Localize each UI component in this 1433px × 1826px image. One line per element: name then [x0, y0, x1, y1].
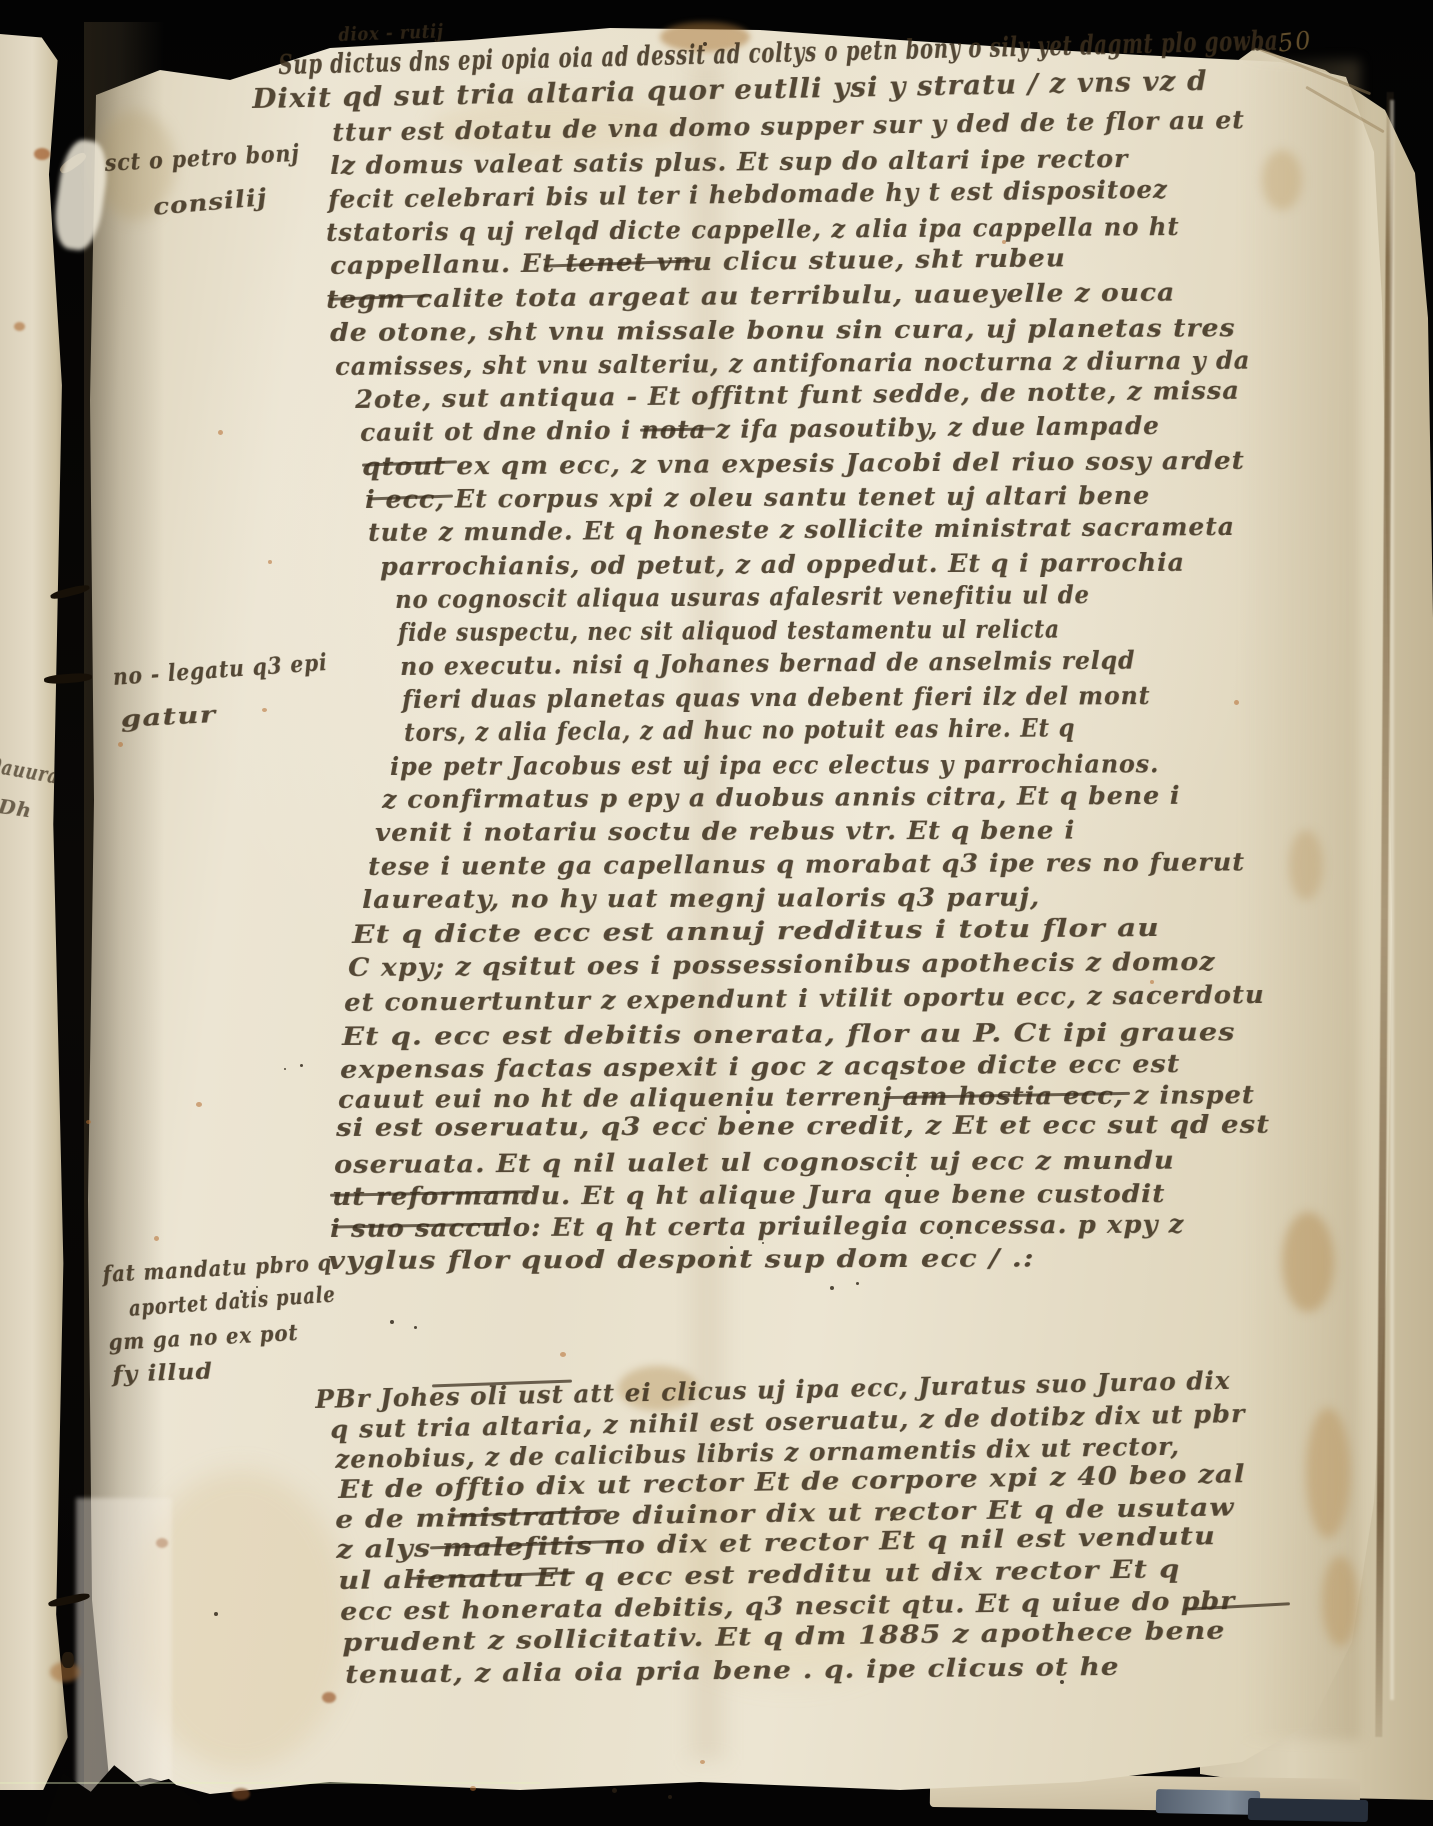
- body-paragraph-1-line-16: fide suspectu, nec sit aliquod testament…: [398, 615, 1060, 647]
- ink-speck: [856, 1282, 859, 1285]
- ink-speck: [830, 1286, 834, 1290]
- body-paragraph-1-line-14: parrochianis, od petut, z ad oppedut. Et…: [380, 548, 1185, 581]
- body-paragraph-1-line-3: fecit celebrari bis ul ter i hebdomade h…: [328, 175, 1168, 214]
- body-paragraph-2-line-9: ut reformandu. Et q ht alique Jura que b…: [332, 1179, 1165, 1211]
- ink-speck: [890, 1518, 893, 1521]
- bottom-paragraph-line-10: tenuat, z alia oia pria bene . q. ipe cl…: [345, 1652, 1120, 1689]
- ink-speck: [730, 1246, 733, 1249]
- ink-speck: [746, 1110, 750, 1114]
- body-paragraph-2-line-7: si est oseruatu, q3 ecc bene credit, z E…: [336, 1110, 1270, 1142]
- body-paragraph-1-line-17: no executu. nisi q Johanes bernad de ans…: [400, 646, 1135, 681]
- ink-speck: [256, 1286, 258, 1288]
- body-paragraph-2-line-6: cauut eui no ht de aliqueniu terrenj am …: [338, 1080, 1255, 1114]
- body-paragraph-1-line-24: laureaty, no hy uat megnj ualoris q3 par…: [362, 883, 1040, 914]
- ink-speck: [300, 1064, 303, 1067]
- margin-note-3-line-2: aportet datis puale: [128, 1282, 336, 1322]
- text-layer: diox - rutijSup dictus dns epi opia oia …: [0, 0, 1433, 1826]
- ink-speck: [284, 1068, 286, 1070]
- margin-note-3-line-1: fat mandatu pbro q: [102, 1250, 333, 1288]
- ink-speck: [414, 1326, 417, 1329]
- margin-note-1-line-2: consilij: [152, 184, 268, 221]
- ink-speck: [704, 1117, 707, 1120]
- margin-note-1-line-1: sct o petro bonj: [104, 140, 300, 177]
- margin-note-3-line-4: fy illud: [112, 1358, 213, 1387]
- ink-speck: [906, 1174, 909, 1177]
- body-paragraph-1-line-20: ipe petr Jacobus est uj ipa ecc electus …: [390, 749, 1159, 781]
- body-paragraph-1-line-22: venit i notariu soctu de rebus vtr. Et q…: [375, 816, 1075, 847]
- body-paragraph-2-line-5: expensas factas aspexit i goc z acqstoe …: [340, 1049, 1180, 1084]
- body-paragraph-1-line-6: tegm calite tota argeat au terribulu, ua…: [326, 278, 1175, 314]
- body-paragraph-1-line-2: lz domus valeat satis plus. Et sup do al…: [330, 144, 1128, 180]
- body-paragraph-1-line-21: z confirmatus p epy a duobus annis citra…: [382, 781, 1181, 814]
- body-paragraph-1-line-12: i ecc, Et corpus xpi z oleu santu tenet …: [365, 481, 1150, 514]
- ink-speck: [762, 1242, 764, 1244]
- body-paragraph-1-line-23: tese i uente ga capellanus q morabat q3 …: [368, 847, 1245, 881]
- ink-speck: [1060, 1680, 1064, 1684]
- body-paragraph-1-line-15: no cognoscit aliqua usuras afalesrit ven…: [395, 580, 1090, 614]
- ink-speck: [703, 42, 707, 46]
- ink-speck: [390, 1320, 394, 1324]
- body-paragraph-1-line-1: ttur est dotatu de vna domo supper sur y…: [332, 105, 1245, 147]
- body-paragraph-1-line-8: camisses, sht vnu salteriu, z antifonari…: [335, 346, 1250, 381]
- ink-speck: [612, 1788, 617, 1793]
- ink-speck: [240, 1290, 243, 1293]
- body-paragraph-1-line-18: fieri duas planetas quas vna debent fier…: [402, 681, 1150, 714]
- body-paragraph-2-line-3: et conuertuntur z expendunt i vtilit opo…: [344, 980, 1265, 1017]
- ink-speck: [214, 1612, 218, 1616]
- body-paragraph-1-line-19: tors, z alia fecla, z ad huc no potuit e…: [404, 713, 1075, 747]
- margin-note-2-line-1: no - legatu q3 epi: [112, 649, 328, 691]
- header-docket-line-1: diox - rutij: [338, 20, 444, 46]
- body-paragraph-2-line-2: C xpy; z qsitut oes i possessionibus apo…: [348, 947, 1216, 982]
- body-paragraph-1-line-5: cappellanu. Et tenet vnu clicu stuue, sh…: [330, 243, 1066, 280]
- body-paragraph-1-line-11: qtout ex qm ecc, z vna expesis Jacobi de…: [362, 446, 1245, 481]
- ink-speck: [668, 1795, 672, 1799]
- body-paragraph-1-line-7: de otone, sht vnu missale bonu sin cura,…: [330, 313, 1236, 347]
- body-paragraph-2-line-1: Et q dicte ecc est annuj redditus i totu…: [352, 913, 1160, 949]
- body-paragraph-1-line-4: tstatoris q uj relqd dicte cappelle, z a…: [326, 212, 1180, 247]
- ink-speck: [950, 1236, 953, 1239]
- body-paragraph-1-line-10: cauit ot dne dnio i nota z ifa pasoutiby…: [360, 411, 1160, 447]
- manuscript-photo: 9auuraDh 50 diox - rutijSup dictus dns e…: [0, 0, 1433, 1826]
- margin-note-2-line-2: gatur: [120, 701, 217, 733]
- body-paragraph-1-line-9: 2ote, sut antiqua - Et offitnt funt sedd…: [355, 376, 1240, 414]
- margin-note-3-line-3: gm ga no ex pot: [108, 1320, 299, 1356]
- body-paragraph-2-line-11: vyglus flor quod despont sup dom ecc / .…: [328, 1244, 1035, 1275]
- body-paragraph-2-line-4: Et q. ecc est debitis onerata, flor au P…: [342, 1017, 1236, 1051]
- body-paragraph-2-line-8: oseruata. Et q nil ualet ul cognoscit uj…: [334, 1146, 1175, 1179]
- body-paragraph-1-line-13: tute z munde. Et q honeste z sollicite m…: [368, 512, 1235, 547]
